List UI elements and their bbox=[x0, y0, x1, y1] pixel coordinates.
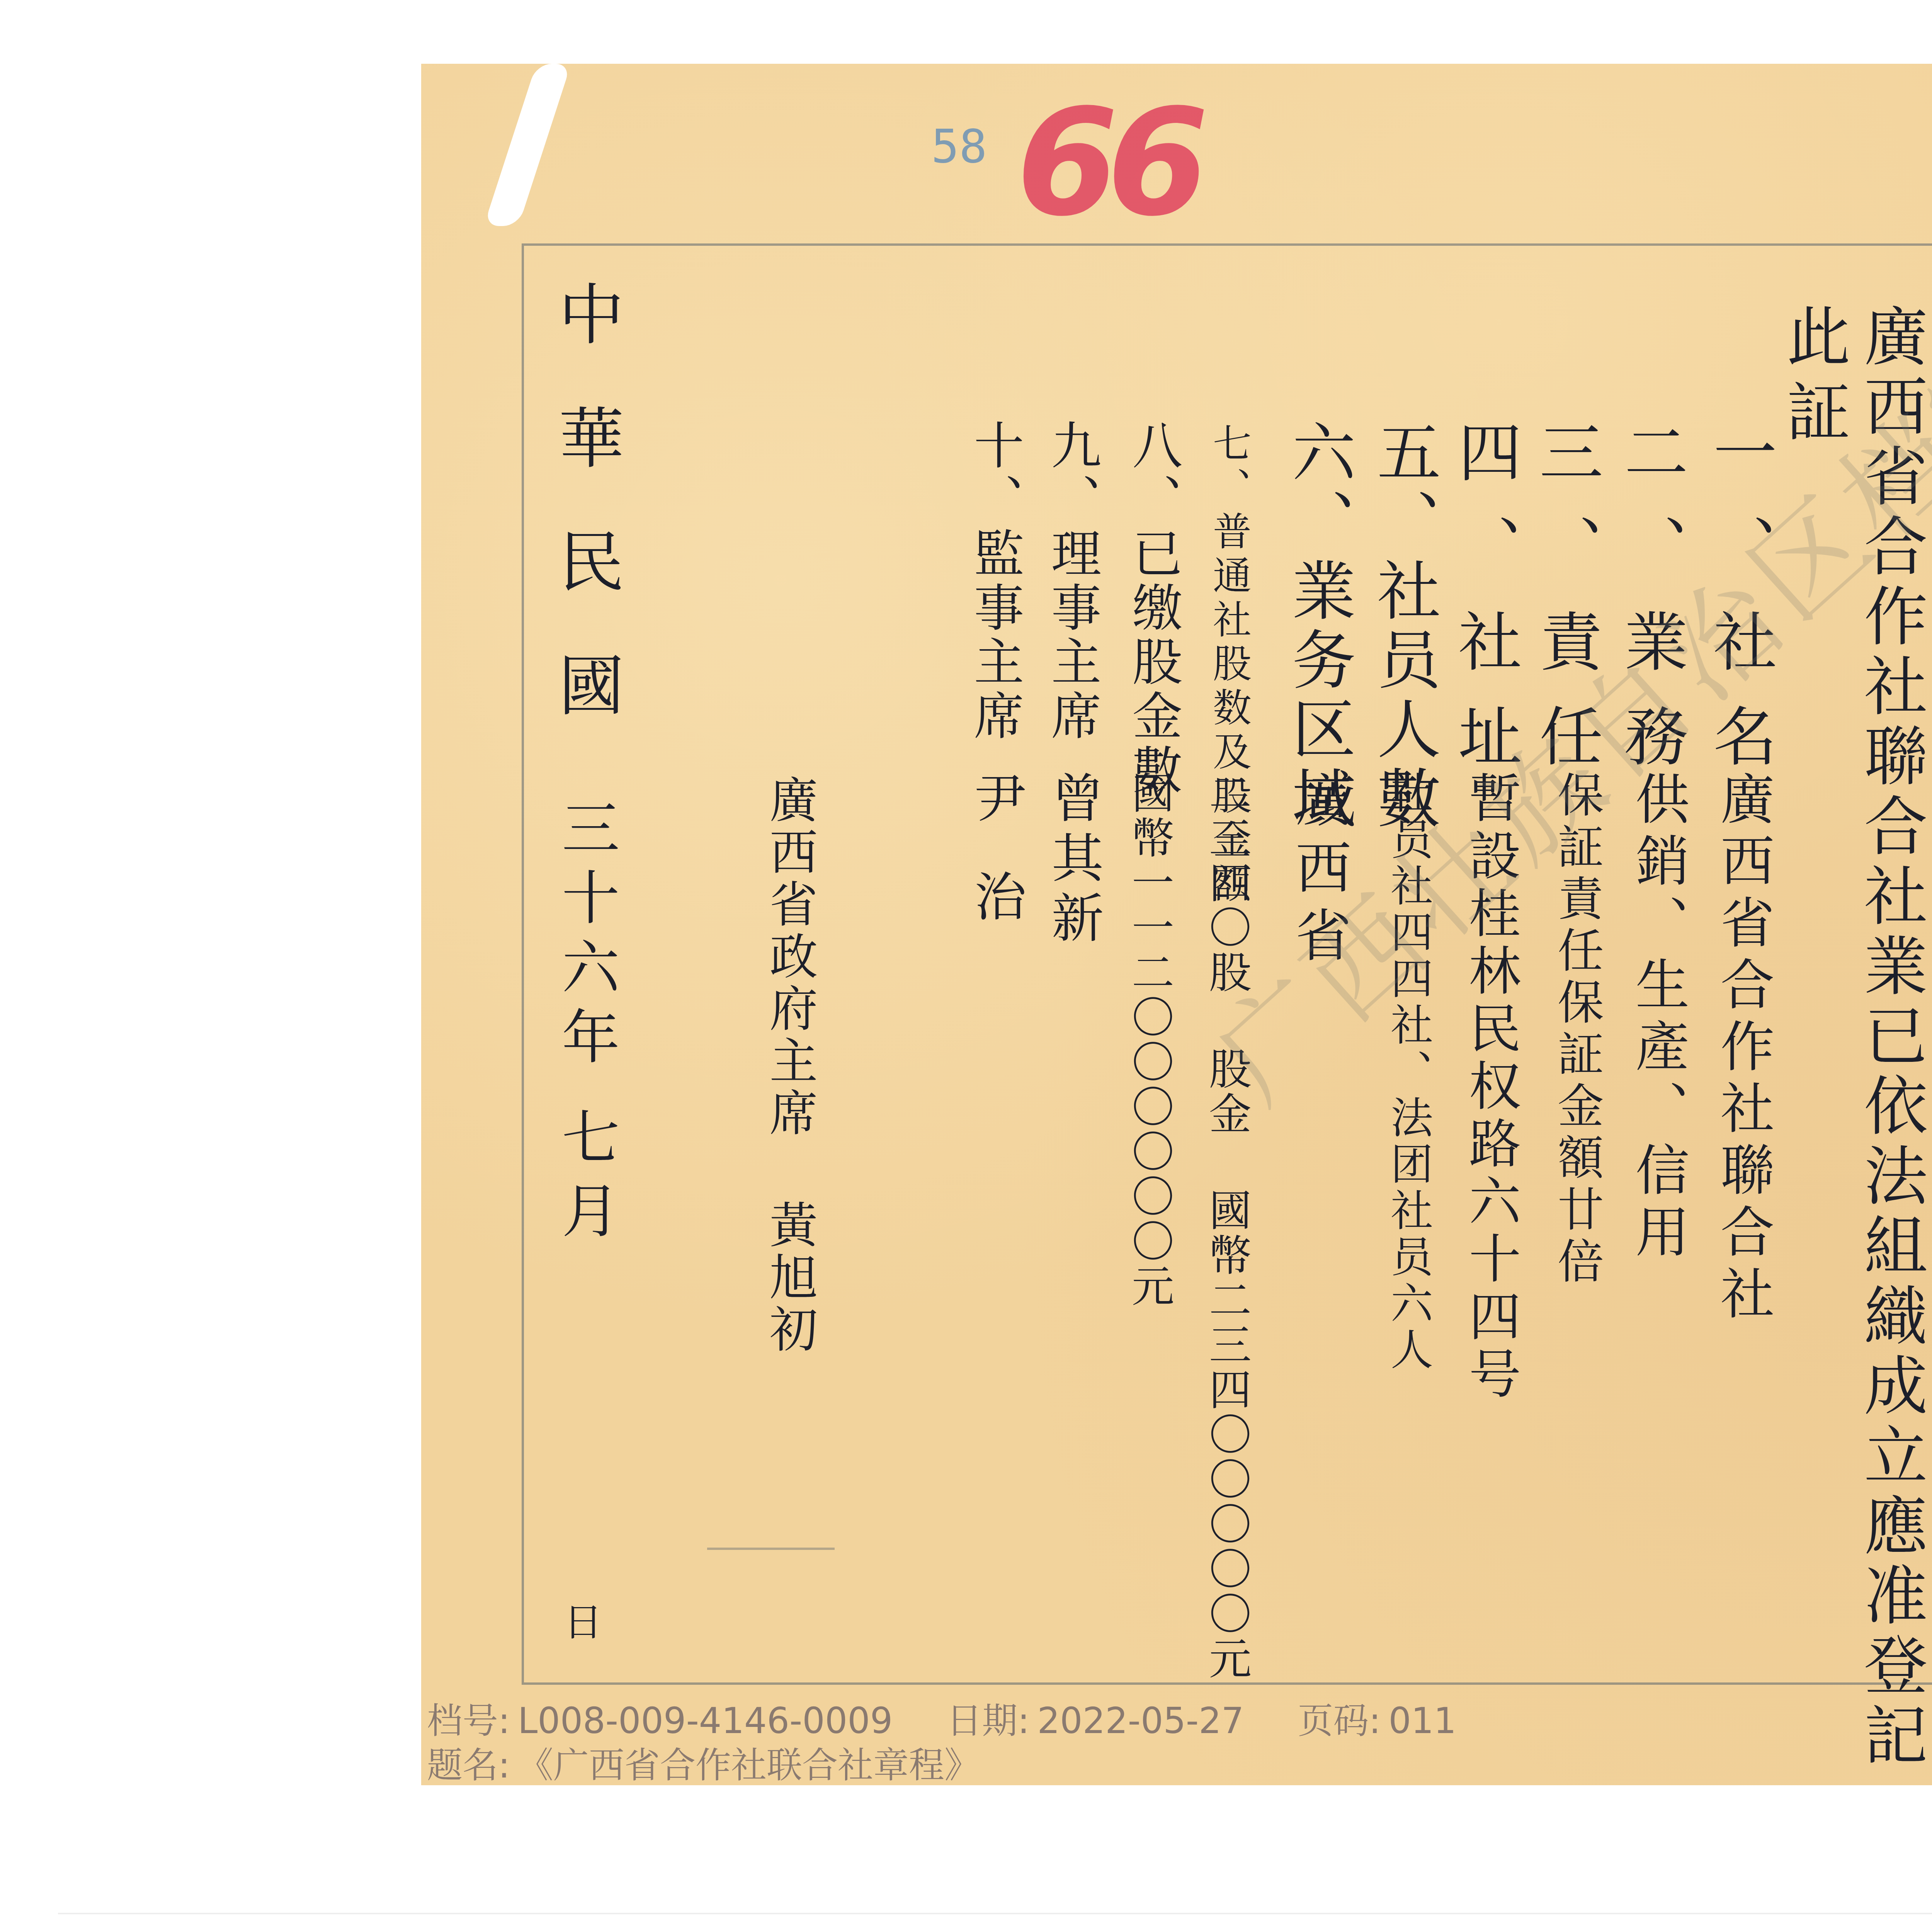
archive-date: 日期:2022-05-27 bbox=[947, 1700, 1244, 1742]
archive-number-label: 档号: bbox=[427, 1700, 510, 1742]
item-9-label: 九、理事主席 bbox=[1047, 419, 1097, 744]
archive-number: 档号:L008-009-4146-0009 bbox=[427, 1700, 893, 1742]
archive-page-label: 页码: bbox=[1298, 1700, 1381, 1742]
item-1-value: 廣西省合作社聯合社 bbox=[1716, 771, 1770, 1327]
date-year: 三十六年 bbox=[556, 798, 614, 1076]
archive-title-line: 题名:《广西省合作社联合社章程》 bbox=[427, 1737, 1022, 1788]
item-8-value: 國幣一一二〇〇〇〇〇〇元 bbox=[1128, 771, 1171, 1309]
archive-sequence-stamp: 58 bbox=[931, 120, 987, 173]
red-page-number: 66 bbox=[1016, 77, 1197, 248]
archive-title-label: 题名: bbox=[427, 1745, 510, 1786]
torn-edge-top-left bbox=[484, 64, 571, 226]
date-era: 中華民國 bbox=[553, 280, 618, 775]
item-7-label: 七、普通社股数及股金额 bbox=[1209, 423, 1248, 640]
archive-metadata-line: 档号:L008-009-4146-0009 日期:2022-05-27 页码:0… bbox=[427, 1692, 1499, 1744]
item-10-label: 十、監事主席 bbox=[970, 419, 1020, 744]
item-2-value: 供銷、生產、信用 bbox=[1631, 771, 1685, 1266]
archive-date-label: 日期: bbox=[947, 1700, 1030, 1742]
item-9-value: 曾其新 bbox=[1047, 771, 1099, 951]
archive-title-value: 《广西省合作社联合社章程》 bbox=[518, 1745, 980, 1786]
issuer-signature: 廣西省政府主席 黃旭初 bbox=[765, 775, 813, 1356]
item-10-value: 尹治 bbox=[970, 771, 1022, 968]
date-day: 日 bbox=[560, 1602, 599, 1652]
date-month: 七月 bbox=[556, 1107, 614, 1254]
archive-date-value: 2022-05-27 bbox=[1037, 1700, 1244, 1742]
archive-page-value: 011 bbox=[1388, 1700, 1456, 1742]
item-8-label: 八、已缴股金數 bbox=[1128, 419, 1179, 798]
archive-page: 页码:011 bbox=[1298, 1700, 1456, 1742]
scanned-document-page: 58 66 合作社成立登記証 普桂字第 號 廣西省合作社聯合社業已依法組織成立應… bbox=[421, 64, 1932, 1785]
item-7-value: 二三四〇股 股金 國幣二三四〇〇〇〇〇元 bbox=[1206, 771, 1248, 1681]
page-bottom-rule bbox=[58, 1913, 1932, 1914]
archive-number-value: L008-009-4146-0009 bbox=[518, 1700, 893, 1742]
signature-underline bbox=[707, 1548, 835, 1550]
